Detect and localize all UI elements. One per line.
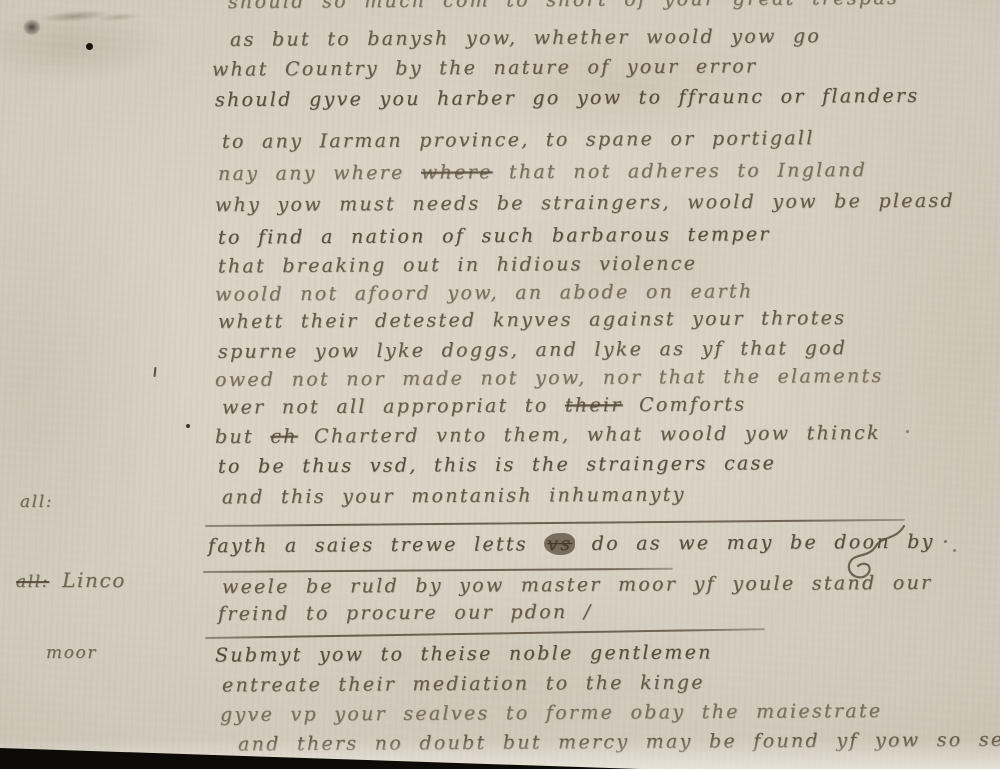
manuscript-line: but ch Charterd vnto them, what woold yo… xyxy=(215,421,881,449)
deleted-word: where xyxy=(421,161,493,183)
manuscript-line: why yow must needs be straingers, woold … xyxy=(215,189,955,218)
ink-speck xyxy=(944,540,947,543)
pen-flourish xyxy=(842,522,914,588)
manuscript-line: to find a nation of such barbarous tempe… xyxy=(218,222,771,249)
manuscript-line: what Country by the nature of your error xyxy=(212,54,757,81)
line-segment: but xyxy=(215,426,270,448)
manuscript-line: should gyve you harber go yow to ffraunc… xyxy=(215,84,920,112)
line-segment: wer not all appropriat to xyxy=(222,395,565,419)
manuscript-page: all: all: Linco moor should so much com … xyxy=(0,0,1000,769)
speech-prefix-moor-label: moor xyxy=(46,643,97,663)
manuscript-line: freind to procure our pdon / xyxy=(218,600,593,626)
speech-prefix-moor: moor xyxy=(46,643,97,663)
manuscript-line: Submyt yow to theise noble gentlemen xyxy=(215,640,713,667)
deleted-word: ch xyxy=(270,426,298,448)
manuscript-line: gyve vp your sealves to forme obay the m… xyxy=(220,699,883,727)
manuscript-line: nay any where where that not adheres to … xyxy=(218,158,867,186)
manuscript-line: entreate their mediation to the kinge xyxy=(222,671,705,698)
ink-speck xyxy=(953,549,956,552)
line-segment: that not adheres to Ingland xyxy=(493,159,868,183)
manuscript-line: woold not afoord yow, an abode on earth xyxy=(215,279,754,306)
manuscript-line: to be thus vsd, this is the straingers c… xyxy=(218,451,776,478)
manuscript-line: wer not all appropriat to their Comforts xyxy=(222,392,747,419)
deleted-word: their xyxy=(565,394,623,416)
speech-prefix-all-label: all: xyxy=(20,492,53,512)
line-segment: Charterd vnto them, what woold yow thinc… xyxy=(298,422,881,448)
blotted-deleted-word: vs xyxy=(544,533,575,555)
manuscript-line: and thers no doubt but mercy may be foun… xyxy=(238,728,1000,757)
line-segment: Comforts xyxy=(623,393,747,416)
speech-prefix-all-struck-label: all: xyxy=(16,572,49,592)
manuscript-line: owed not nor made not yow, nor that the … xyxy=(215,364,884,392)
manuscript-line: fayth a saies trewe letts vs do as we ma… xyxy=(208,530,935,558)
manuscript-line: weele be ruld by yow master moor yf youl… xyxy=(222,571,933,599)
speech-prefix-all-lincoln: all: Linco xyxy=(16,568,126,592)
manuscript-line: that breaking out in hidious violence xyxy=(218,252,697,279)
speech-prefix-lincoln-label: Linco xyxy=(62,568,126,592)
ink-speck xyxy=(906,430,909,433)
manuscript-line: to any Iarman province, to spane or port… xyxy=(222,126,815,154)
manuscript-line: and this your montanish inhumanyty xyxy=(222,483,686,510)
ink-speck xyxy=(186,424,190,428)
ink-dot xyxy=(86,43,93,50)
line-segment: nay any where xyxy=(218,162,421,185)
manuscript-line: spurne yow lyke doggs, and lyke as yf th… xyxy=(218,336,847,364)
manuscript-line: whett their detested knyves against your… xyxy=(218,306,846,334)
manuscript-line: as but to banysh yow, whether woold yow … xyxy=(230,24,821,52)
speech-prefix-all: all: xyxy=(20,492,53,512)
line-segment: fayth a saies trewe letts xyxy=(208,533,544,557)
